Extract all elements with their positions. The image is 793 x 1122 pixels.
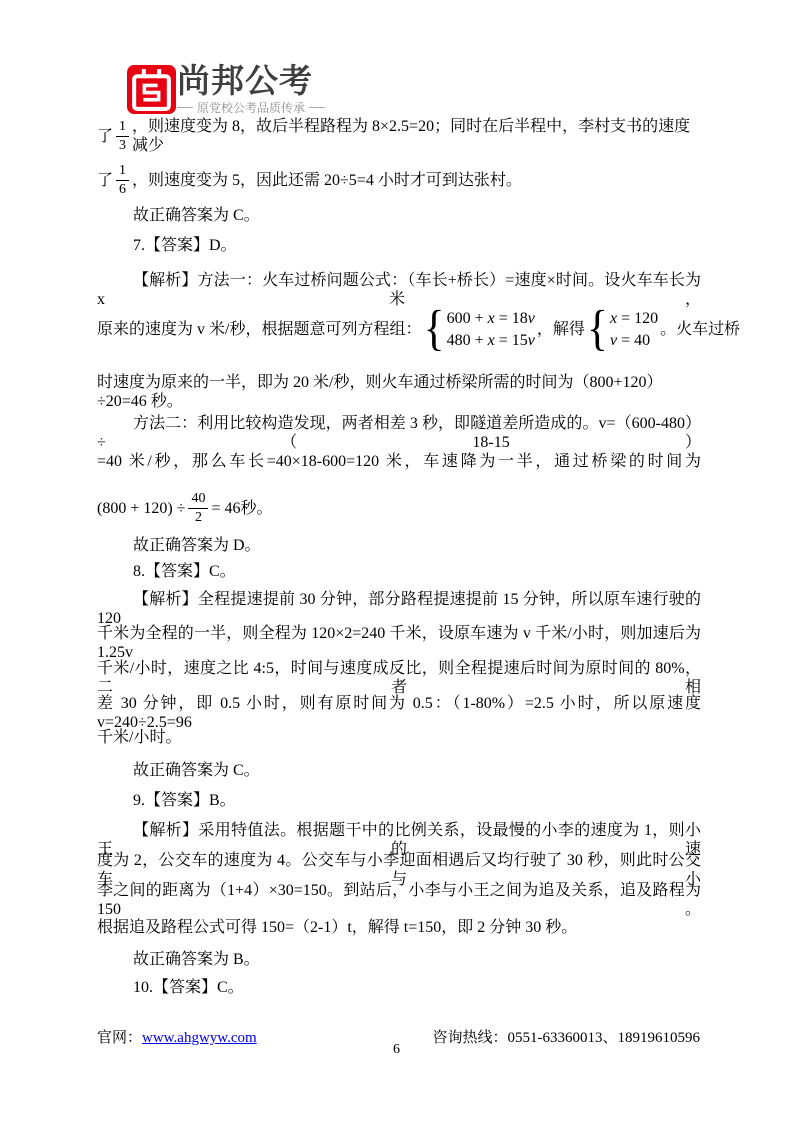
question9-answer: 9.【答案】B。	[97, 791, 701, 810]
equation-system-2: { x = 120 v = 40	[587, 307, 658, 351]
text-run: 。火车过桥	[660, 320, 740, 339]
question7-conclusion: 故正确答案为 D。	[97, 536, 701, 555]
equation-row: 480 + x = 15v	[447, 331, 535, 350]
fraction-one-sixth: 1 6	[116, 164, 129, 197]
math-run: = 46	[211, 499, 240, 518]
question8-analysis-line-4: 差 30 分钟，即 0.5 小时，则有原时间为 0.5：（1-80%）=2.5 …	[97, 694, 701, 732]
fraction-one-third: 1 3	[116, 120, 129, 153]
equation-rows: x = 120 v = 40	[610, 309, 658, 350]
document-page: 尚邦公考 原党校公考品质传承 了 1 3 ，则速度变为 8，故后半程路程为 8×…	[0, 0, 793, 1122]
question8-analysis-line-1: 【解析】全程提速提前 30 分钟，部分路程提速提前 15 分钟，所以原车速行驶的…	[97, 590, 701, 628]
fraction-denominator: 3	[116, 137, 129, 153]
left-brace: {	[587, 304, 608, 353]
brand-tagline: 原党校公考品质传承	[177, 99, 325, 116]
math-run: (800 + 120) ÷	[97, 499, 185, 518]
question8-analysis-line-5: 千米/小时。	[97, 728, 701, 747]
equation-row: 600 + x = 18v	[447, 309, 535, 328]
fraction-forty-halves: 40 2	[188, 492, 208, 525]
text-run: 了	[97, 127, 113, 146]
fraction-denominator: 6	[116, 181, 129, 197]
equation-system-1: { 600 + x = 18v 480 + x = 15v	[423, 307, 534, 351]
question7-method2-fraction-line: (800 + 120) ÷ 40 2 = 46 秒。	[97, 486, 701, 530]
fraction-denominator: 2	[188, 509, 208, 525]
text-run: ，解得	[537, 320, 585, 339]
question8-analysis-line-2: 千米为全程的一半，则全程为 120×2=240 千米，设原车速为 v 千米/小时…	[97, 624, 701, 662]
question8-answer: 8.【答案】C。	[97, 562, 701, 581]
equation-row: x = 120	[610, 309, 658, 328]
question8-analysis-line-3: 千米/小时，速度之比 4:5，时间与速度成反比，则全程提速后时间为原时间的 80…	[97, 659, 701, 697]
question7-answer: 7.【答案】D。	[97, 236, 701, 255]
question7-analysis-line-3: 时速度为原来的一半，即为 20 米/秒，则火车通过桥梁所需的时间为（800+12…	[97, 373, 701, 411]
answer6-fraction-line-2: 了 1 6 ，则速度变为 5，因此还需 20÷5=4 小时才可到达张村。	[97, 160, 701, 200]
question8-conclusion: 故正确答案为 C。	[97, 761, 701, 780]
text-run: ，则速度变为 5，因此还需 20÷5=4 小时才可到达张村。	[132, 171, 522, 190]
brand-name: 尚邦公考	[177, 62, 313, 100]
fraction-numerator: 1	[116, 120, 129, 137]
text-run: ，则速度变为 8，故后半程路程为 8×2.5=20；同时在后半程中，李村支书的速…	[132, 117, 701, 155]
question9-conclusion: 故正确答案为 B。	[97, 950, 701, 969]
tagline-right-dash	[309, 107, 325, 108]
equation-row: v = 40	[610, 331, 658, 350]
question7-equation-line: 原来的速度为 v 米/秒，根据题意可列方程组： { 600 + x = 18v …	[97, 303, 701, 355]
fraction-numerator: 40	[188, 492, 208, 509]
fraction-numerator: 1	[116, 164, 129, 181]
tagline-text: 原党校公考品质传承	[197, 99, 305, 116]
question7-method2-line-2: =40 米/秒，那么车长=40×18-600=120 米，车速降为一半，通过桥梁…	[97, 452, 701, 471]
page-number: 6	[0, 1042, 793, 1058]
text-run: 了	[97, 171, 113, 190]
text-run: 秒。	[241, 499, 273, 518]
question9-analysis-line-3: 李之间的距离为（1+4）×30=150。到站后，小李与小王之间为追及关系，追及路…	[97, 881, 701, 919]
left-brace: {	[423, 304, 444, 353]
brand-logo-icon	[127, 65, 176, 114]
text-run: 原来的速度为 v 米/秒，根据题意可列方程组：	[97, 320, 421, 339]
question10-answer: 10.【答案】C。	[97, 978, 701, 997]
question7-method2-line-1: 方法二：利用比较构造发现，两者相差 3 秒，即隧道差所造成的。v=（600-48…	[97, 414, 701, 452]
answer6-fraction-line-1: 了 1 3 ，则速度变为 8，故后半程路程为 8×2.5=20；同时在后半程中，…	[97, 116, 701, 156]
tagline-left-dash	[177, 107, 193, 108]
equation-rows: 600 + x = 18v 480 + x = 15v	[447, 309, 535, 350]
question9-analysis-line-4: 根据追及路程公式可得 150=（2-1）t，解得 t=150，即 2 分钟 30…	[97, 918, 701, 937]
answer6-conclusion: 故正确答案为 C。	[97, 206, 701, 225]
